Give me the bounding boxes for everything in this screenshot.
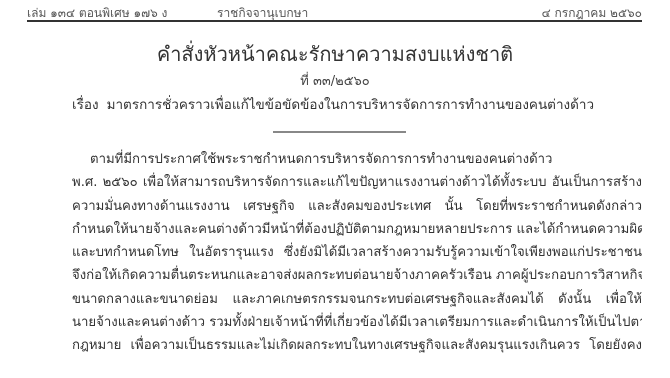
document-body: ตามที่มีการประกาศใช้พระราชกำหนดการบริหาร… <box>72 148 642 358</box>
subject-line: เรื่องมาตรการชั่วคราวเพื่อแก้ไขข้อขัดข้อ… <box>72 93 594 115</box>
body-line: กฎหมาย เพื่อความเป็นธรรมและไม่เกิดผลกระท… <box>72 334 642 357</box>
body-line: กำหนดให้นายจ้างและคนต่างด้าวมีหน้าที่ต้อ… <box>72 218 642 241</box>
body-line: พ.ศ. ๒๕๖๐ เพื่อให้สามารถบริหารจัดการและแ… <box>72 171 642 194</box>
body-line: ตามที่มีการประกาศใช้พระราชกำหนดการบริหาร… <box>72 148 642 171</box>
header-divider <box>27 20 642 22</box>
body-line: และบทกำหนดโทษ ในอัตรารุนแรง ซึ่งยังมิได้… <box>72 241 642 264</box>
body-line: จึงก่อให้เกิดความตื่นตระหนกและอาจส่งผลกร… <box>72 264 642 287</box>
title-divider <box>273 131 406 133</box>
body-line: ขนาดกลางและขนาดย่อม และภาคเกษตรกรรมจนกระ… <box>72 288 642 311</box>
document-title: คำสั่งหัวหน้าคณะรักษาความสงบแห่งชาติ <box>0 38 670 70</box>
body-line: นายจ้างและคนต่างด้าว รวมทั้งฝ่ายเจ้าหน้า… <box>72 311 642 334</box>
subject-text: มาตรการชั่วคราวเพื่อแก้ไขข้อขัดข้องในการ… <box>107 97 594 113</box>
subject-label: เรื่อง <box>72 97 99 113</box>
order-number: ที่ ๓๓/๒๕๖๐ <box>0 70 670 91</box>
body-line: ความมั่นคงทางด้านแรงงาน เศรษฐกิจ และสังค… <box>72 195 642 218</box>
gazette-header: เล่ม ๑๓๔ ตอนพิเศษ ๑๗๖ ง ราชกิจจานุเบกษา … <box>27 2 642 20</box>
